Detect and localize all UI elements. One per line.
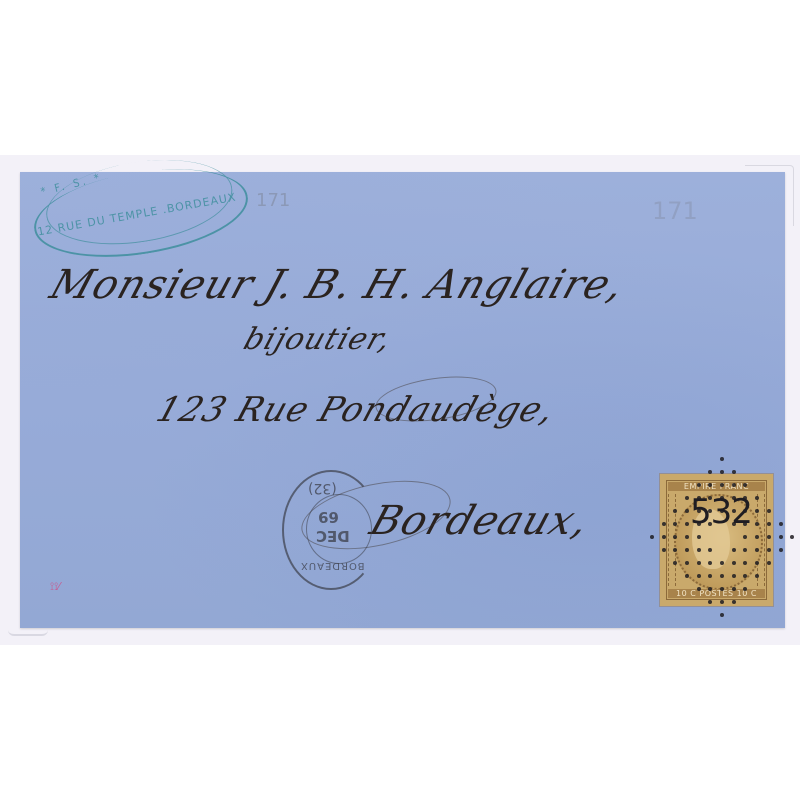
postmark-town: BORDEAUX [300,560,365,571]
protective-sleeve-edge [8,628,48,636]
pencil-note-faint: 171 [652,197,698,225]
cancellation-number: 532 [690,492,752,532]
red-margin-mark: ⟟⟟⁄ [50,580,60,594]
postmark-day: 69 [318,508,339,526]
address-line-street: 123 Rue Pondaudège, [152,390,561,430]
dotted-losange-cancellation [640,455,800,615]
address-line-recipient: Monsieur J. B. H. Anglaire, [45,262,631,308]
postmark-department: (32) [308,480,337,496]
postmark-month: DEC [316,527,350,545]
pencil-note: 171 [256,190,290,211]
address-line-profession: bijoutier, [239,322,396,357]
